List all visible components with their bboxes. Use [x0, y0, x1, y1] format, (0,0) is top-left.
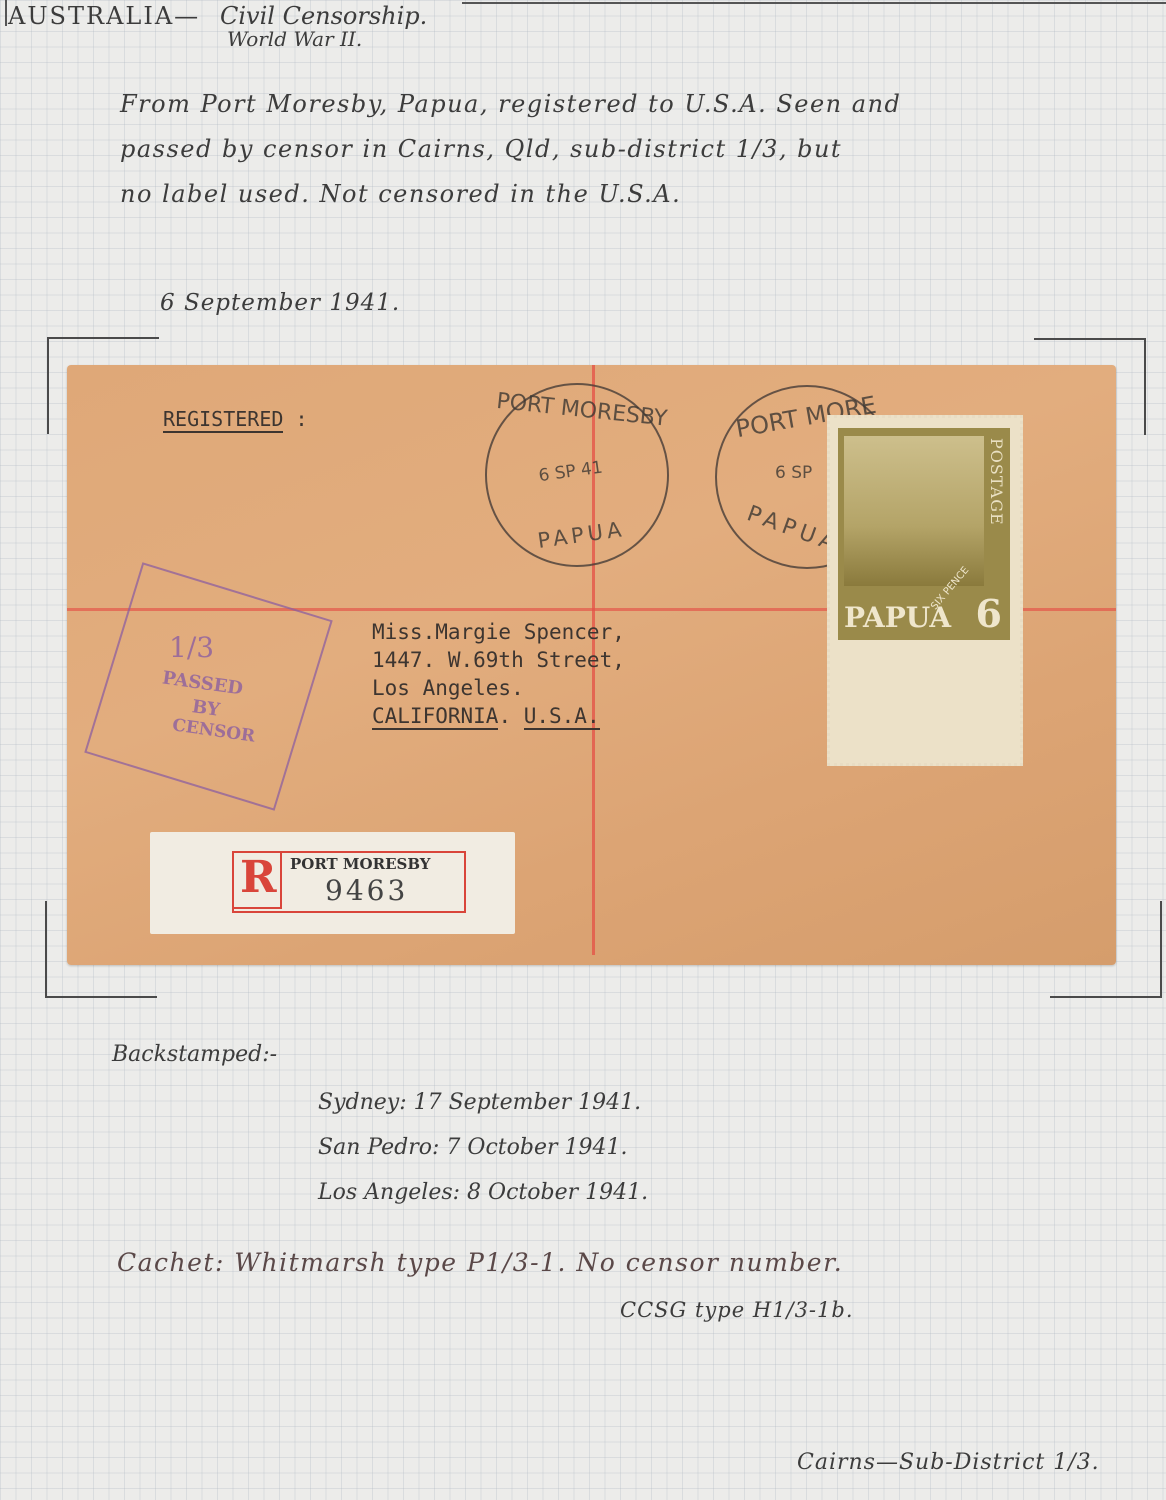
address-line: Los Angeles. [372, 676, 524, 700]
postmark-1: PORT MORESBY 6 SP 41 PAPUA [473, 371, 681, 579]
registered-text: REGISTERED [163, 407, 283, 433]
cover-date: 6 September 1941. [160, 290, 400, 316]
postage-stamp: POSTAGE SIX PENCE PAPUA 6 [827, 415, 1023, 766]
postmark-1-date: 6 SP 41 [537, 457, 603, 486]
address-line-last: CALIFORNIA. U.S.A. [372, 704, 600, 728]
intro-line: From Port Moresby, Papua, registered to … [120, 90, 901, 118]
stamp-country: PAPUA [844, 601, 951, 634]
page-subtitle-line2: World War II. [227, 27, 362, 51]
page-subtitle: Civil Censorship. [220, 2, 427, 30]
address-country: U.S.A. [524, 704, 600, 730]
registration-office: PORT MORESBY [290, 855, 430, 873]
page-title: AUSTRALIA— [8, 2, 200, 30]
registration-r: R [240, 852, 277, 903]
intro-line: no label used. Not censored in the U.S.A… [120, 180, 681, 208]
page-frame-top-line [462, 2, 1166, 4]
page-frame-left-line [5, 0, 7, 26]
address-sep: . [498, 704, 523, 728]
stamp-postage-label: POSTAGE [987, 438, 1006, 526]
ccsg-note: CCSG type H1/3-1b. [620, 1298, 854, 1322]
address-line: Miss.Margie Spencer, [372, 620, 625, 644]
backstamps-heading: Backstamped:- [112, 1042, 277, 1067]
stamp-value: 6 [976, 591, 1002, 636]
cachet-note: Cachet: Whitmarsh type P1/3-1. No censor… [117, 1248, 843, 1277]
censor-number: 1/3 [169, 631, 214, 664]
registered-colon: : [283, 407, 307, 431]
page-footer: Cairns—Sub-District 1/3. [797, 1450, 1100, 1475]
censor-line-by: BY [191, 696, 221, 721]
backstamp-entry: Los Angeles: 8 October 1941. [318, 1180, 648, 1205]
registration-label: R PORT MORESBY 9463 [150, 832, 515, 934]
stamp-vignette [844, 436, 984, 586]
postmark-2-date: 6 SP [775, 463, 812, 483]
address-state: CALIFORNIA [372, 704, 498, 730]
postmark-1-country: PAPUA [536, 517, 627, 553]
backstamp-entry: San Pedro: 7 October 1941. [318, 1135, 627, 1160]
intro-line: passed by censor in Cairns, Qld, sub-dis… [120, 135, 842, 163]
backstamp-entry: Sydney: 17 September 1941. [318, 1090, 641, 1115]
envelope-cover: REGISTERED : PORT MORESBY 6 SP 41 PAPUA … [67, 365, 1116, 965]
registration-number: 9463 [325, 874, 408, 907]
registered-marking: REGISTERED : [163, 407, 308, 431]
postmark-1-town: PORT MORESBY [495, 389, 668, 432]
stamp-design: POSTAGE SIX PENCE PAPUA 6 [838, 428, 1010, 640]
address-line: 1447. W.69th Street, [372, 648, 625, 672]
